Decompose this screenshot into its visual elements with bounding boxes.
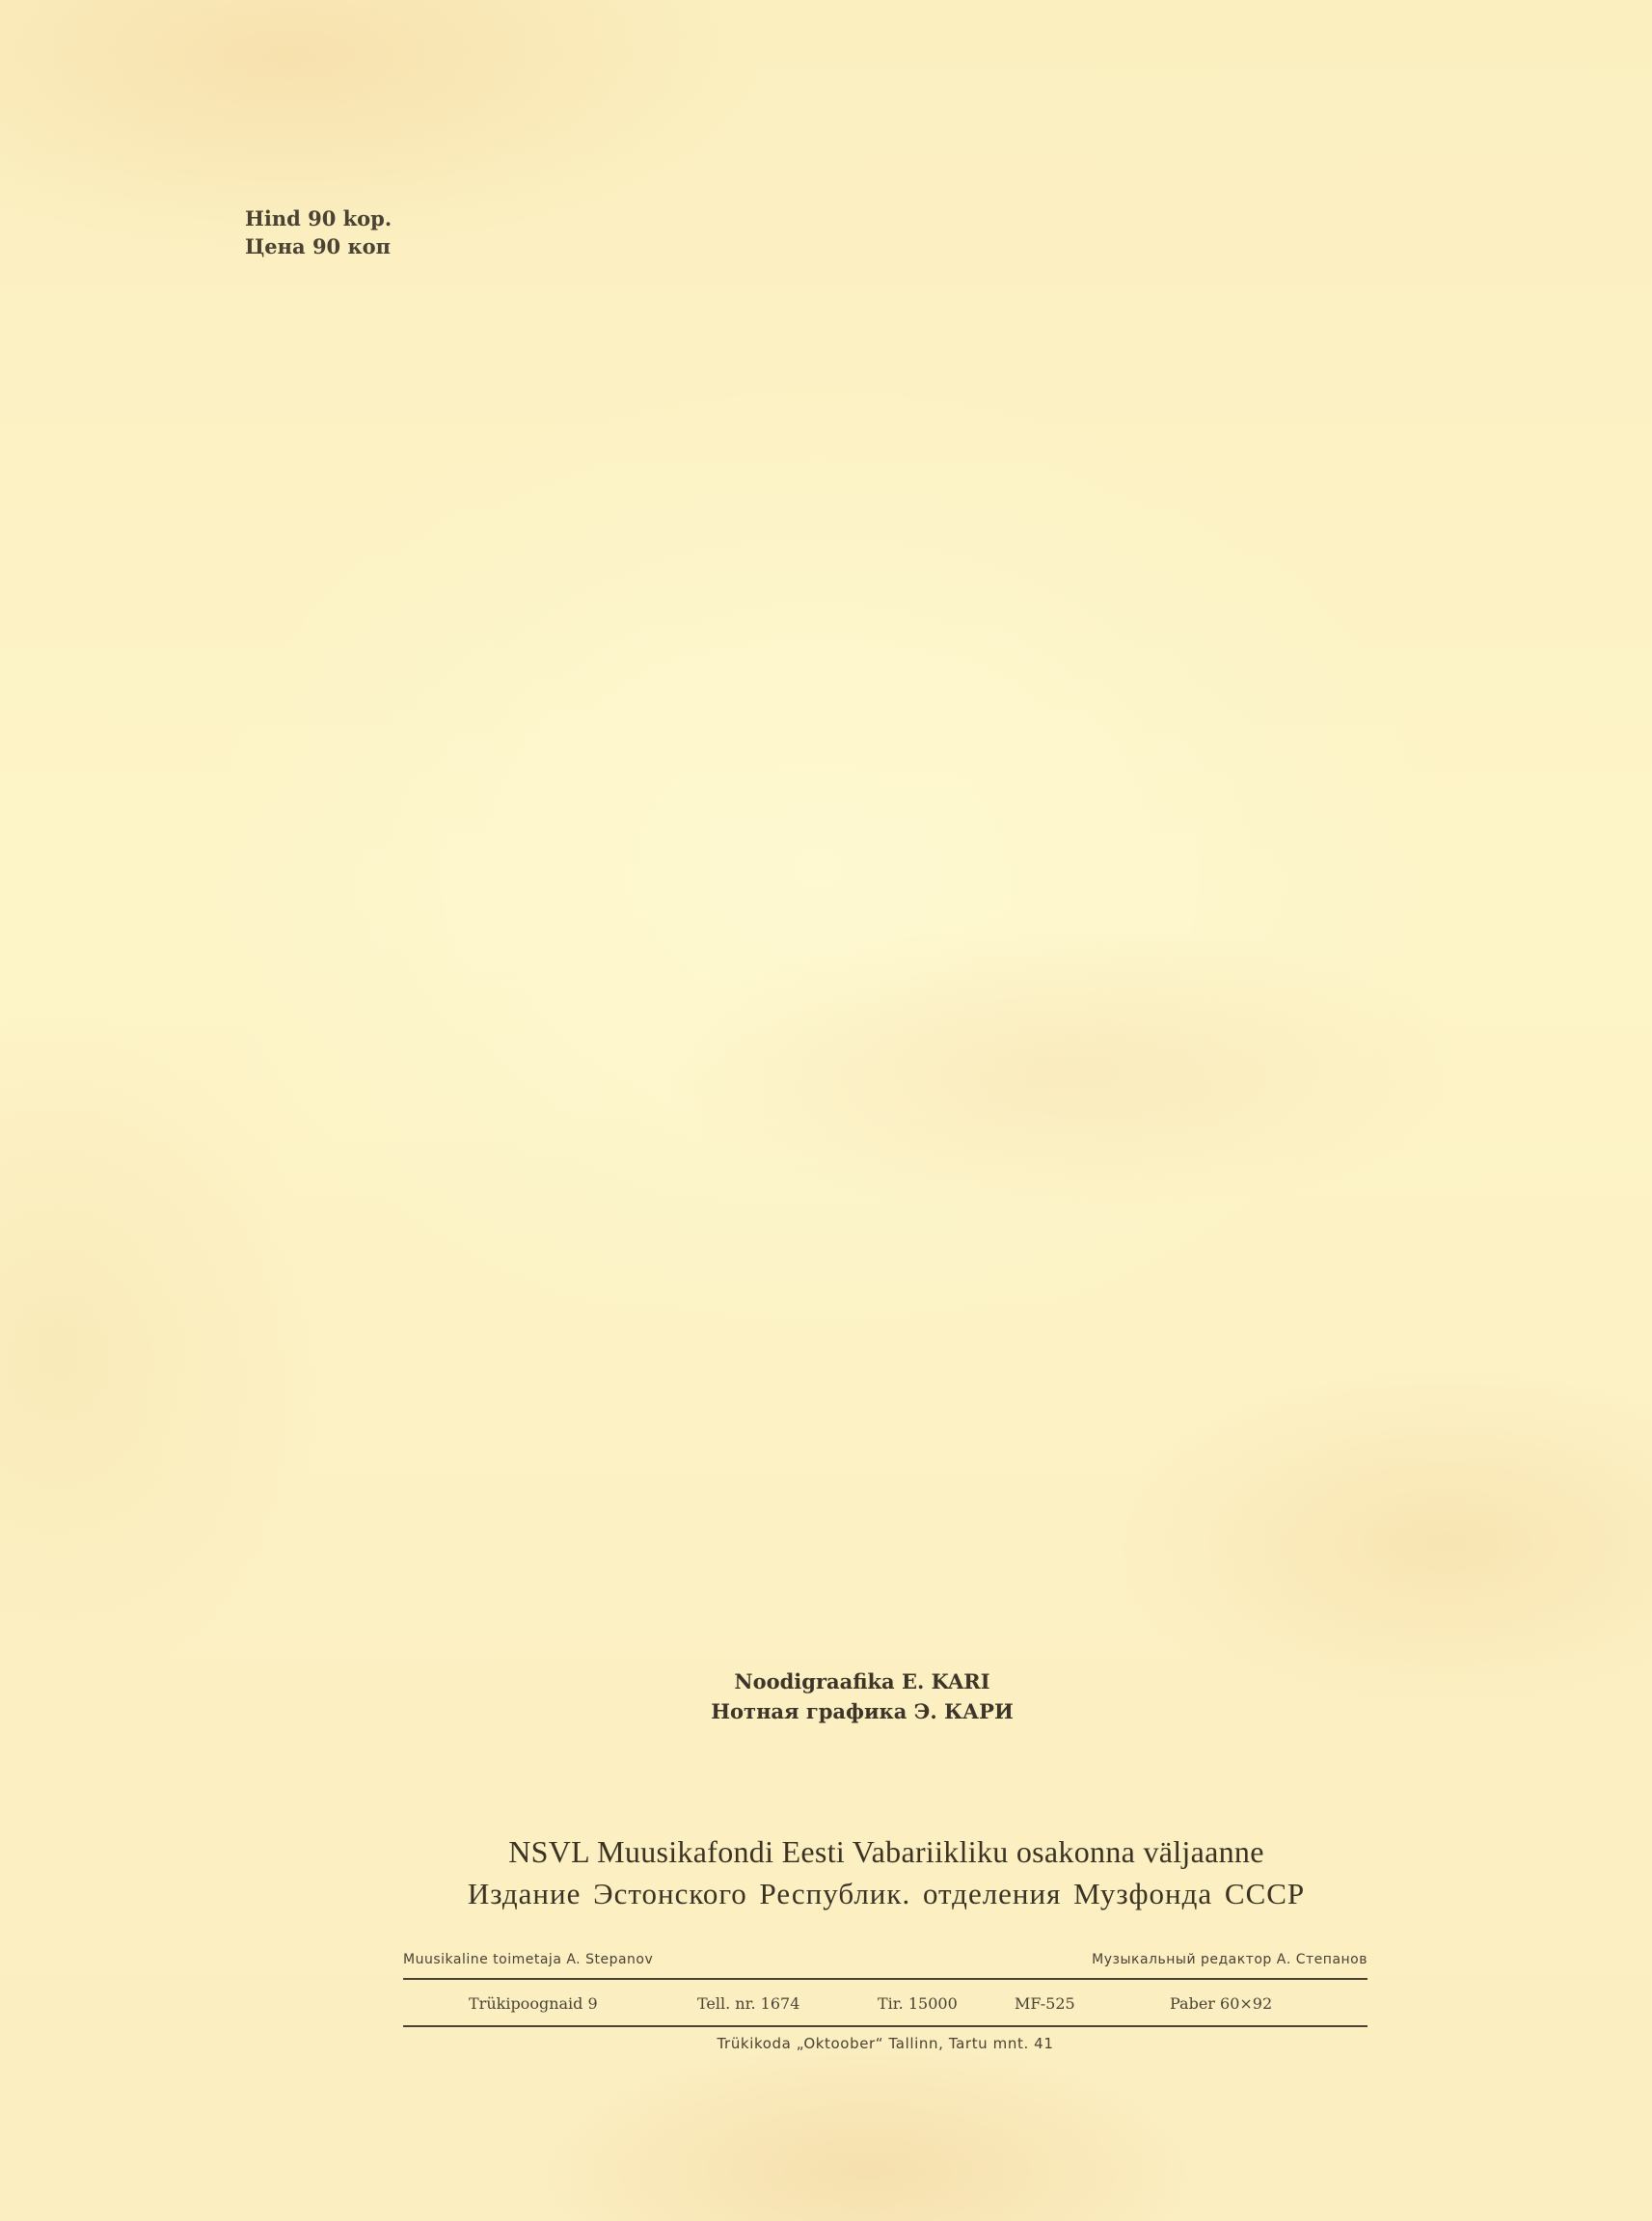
editor-estonian: Muusikaline toimetaja A. Stepanov [403, 1952, 653, 1967]
imprint-catalog-code: MF-525 [1015, 1994, 1075, 2013]
imprint-printed-sheets: Trükipoognaid 9 [469, 1994, 598, 2013]
imprint-order-number: Tell. nr. 1674 [697, 1994, 799, 2013]
publisher-estonian: NSVL Muusikafondi Eesti Vabariikliku osa… [405, 1832, 1368, 1871]
price-russian: Цена 90 коп [245, 232, 392, 260]
editors-line: Muusikaline toimetaja A. Stepanov Музыка… [403, 1952, 1368, 1967]
engraving-credit-estonian: Noodigraafika E. KARI [72, 1666, 1652, 1696]
engraving-credit-russian: Нотная графика Э. КАРИ [72, 1696, 1652, 1726]
divider-bottom [403, 2025, 1368, 2027]
imprint-print-run: Tir. 15000 [878, 1994, 958, 2013]
imprint-paper-format: Paber 60×92 [1170, 1994, 1272, 2013]
editor-russian: Музыкальный редактор А. Степанов [1092, 1952, 1368, 1967]
publisher-russian: Издание Эстонского Республик. отделения … [405, 1875, 1368, 1913]
price-block: Hind 90 kop. Цена 90 коп [245, 204, 392, 260]
publisher-block: NSVL Muusikafondi Eesti Vabariikliku osa… [405, 1832, 1368, 1913]
printer-line: Trükikoda „Oktoober“ Tallinn, Tartu mnt.… [403, 2035, 1368, 2052]
divider-top [403, 1978, 1368, 1980]
price-estonian: Hind 90 kop. [245, 204, 392, 232]
engraving-credit: Noodigraafika E. KARI Нотная графика Э. … [0, 1666, 1652, 1726]
